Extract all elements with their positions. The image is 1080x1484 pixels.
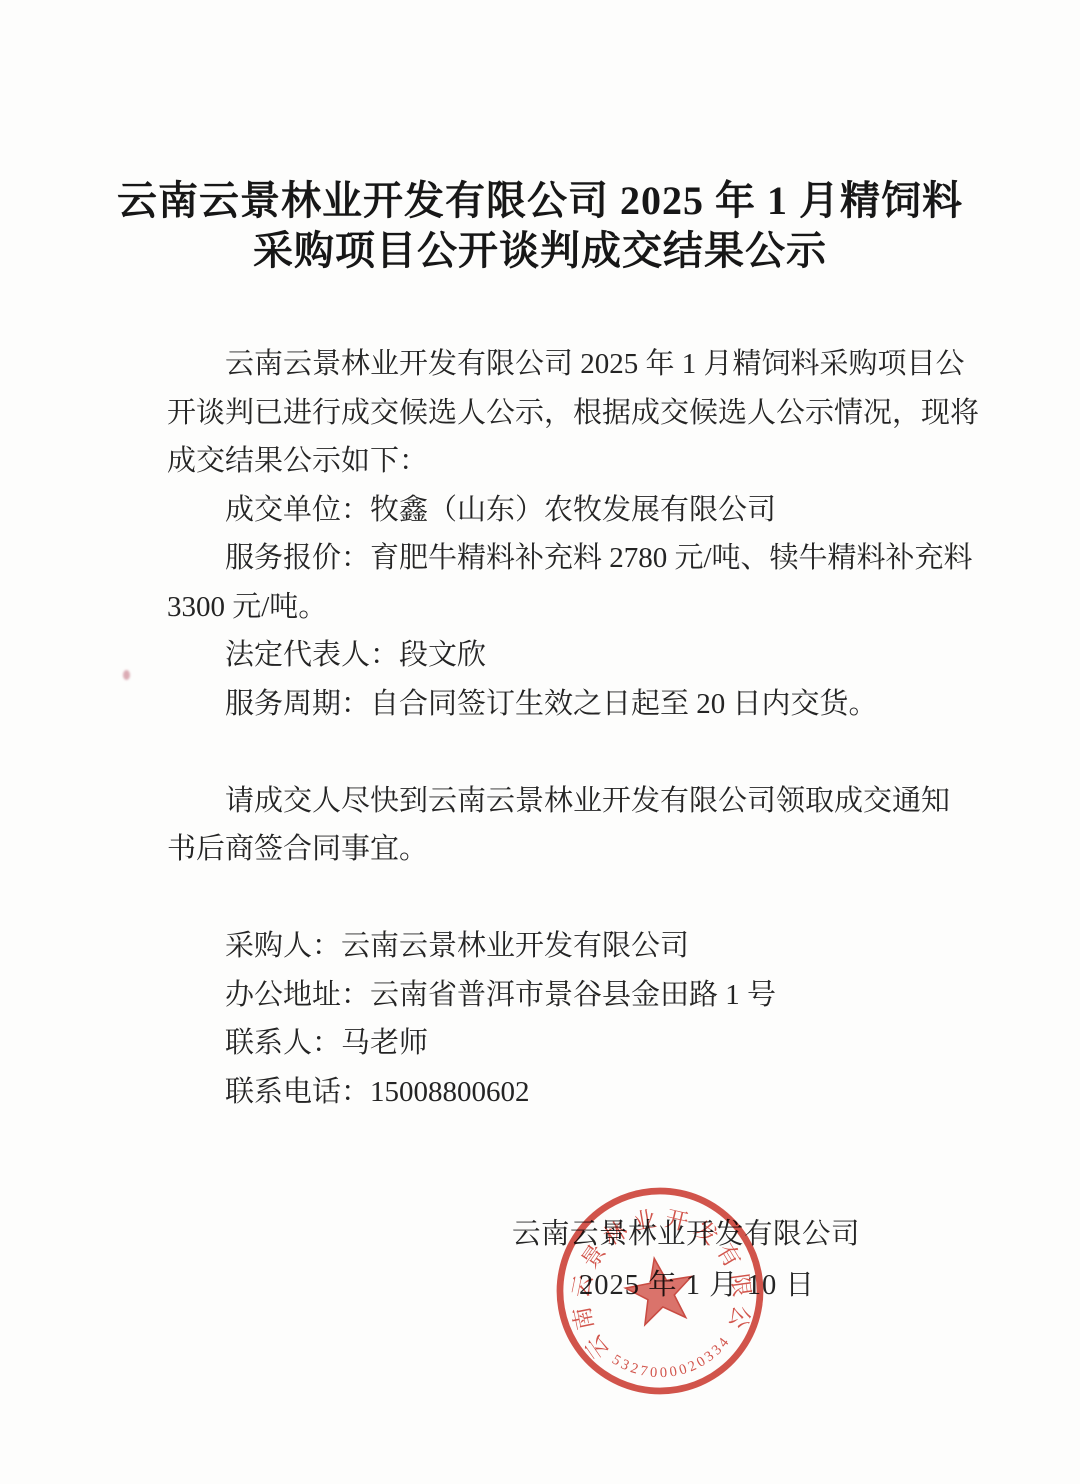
scanned-document-page: 云南云景林业开发有限公司 2025 年 1 月精饲料采购项目公开谈判成交结果公示… <box>0 0 1080 1484</box>
body-text-line: 开谈判已进行成交候选人公示，根据成交候选人公示情况，现将 <box>167 389 979 438</box>
document-title-line: 采购项目公开谈判成交结果公示 <box>0 226 1080 276</box>
body-blank-line <box>167 728 979 777</box>
body-text-line: 3300 元/吨。 <box>167 583 979 632</box>
body-blank-line <box>167 874 979 923</box>
seal-star-icon <box>621 1253 698 1327</box>
company-seal-stamp: 云南云景林业开发有限公司 5327000020334 <box>546 1177 774 1405</box>
body-text-line: 法定代表人：段文欣 <box>167 631 979 680</box>
body-text-line: 采购人：云南云景林业开发有限公司 <box>167 922 979 971</box>
body-text-line: 成交结果公示如下： <box>167 437 979 486</box>
body-text-line: 书后商签合同事宜。 <box>167 825 979 874</box>
body-text-line: 请成交人尽快到云南云景林业开发有限公司领取成交通知 <box>167 777 979 826</box>
body-text-line: 成交单位：牧鑫（山东）农牧发展有限公司 <box>167 486 979 535</box>
body-text-line: 服务周期：自合同签订生效之日起至 20 日内交货。 <box>167 680 979 729</box>
body-text-line: 云南云景林业开发有限公司 2025 年 1 月精饲料采购项目公 <box>167 340 979 389</box>
body-text-line: 服务报价：育肥牛精料补充料 2780 元/吨、犊牛精料补充料 <box>167 534 979 583</box>
document-title: 云南云景林业开发有限公司 2025 年 1 月精饲料采购项目公开谈判成交结果公示 <box>0 176 1080 276</box>
document-title-line: 云南云景林业开发有限公司 2025 年 1 月精饲料 <box>0 176 1080 226</box>
body-text-line: 办公地址：云南省普洱市景谷县金田路 1 号 <box>167 971 979 1020</box>
body-text-line: 联系电话：15008800602 <box>167 1068 979 1117</box>
document-body: 云南云景林业开发有限公司 2025 年 1 月精饲料采购项目公开谈判已进行成交候… <box>167 340 979 1116</box>
scan-ink-artifact <box>123 670 130 680</box>
body-text-line: 联系人：马老师 <box>167 1019 979 1068</box>
